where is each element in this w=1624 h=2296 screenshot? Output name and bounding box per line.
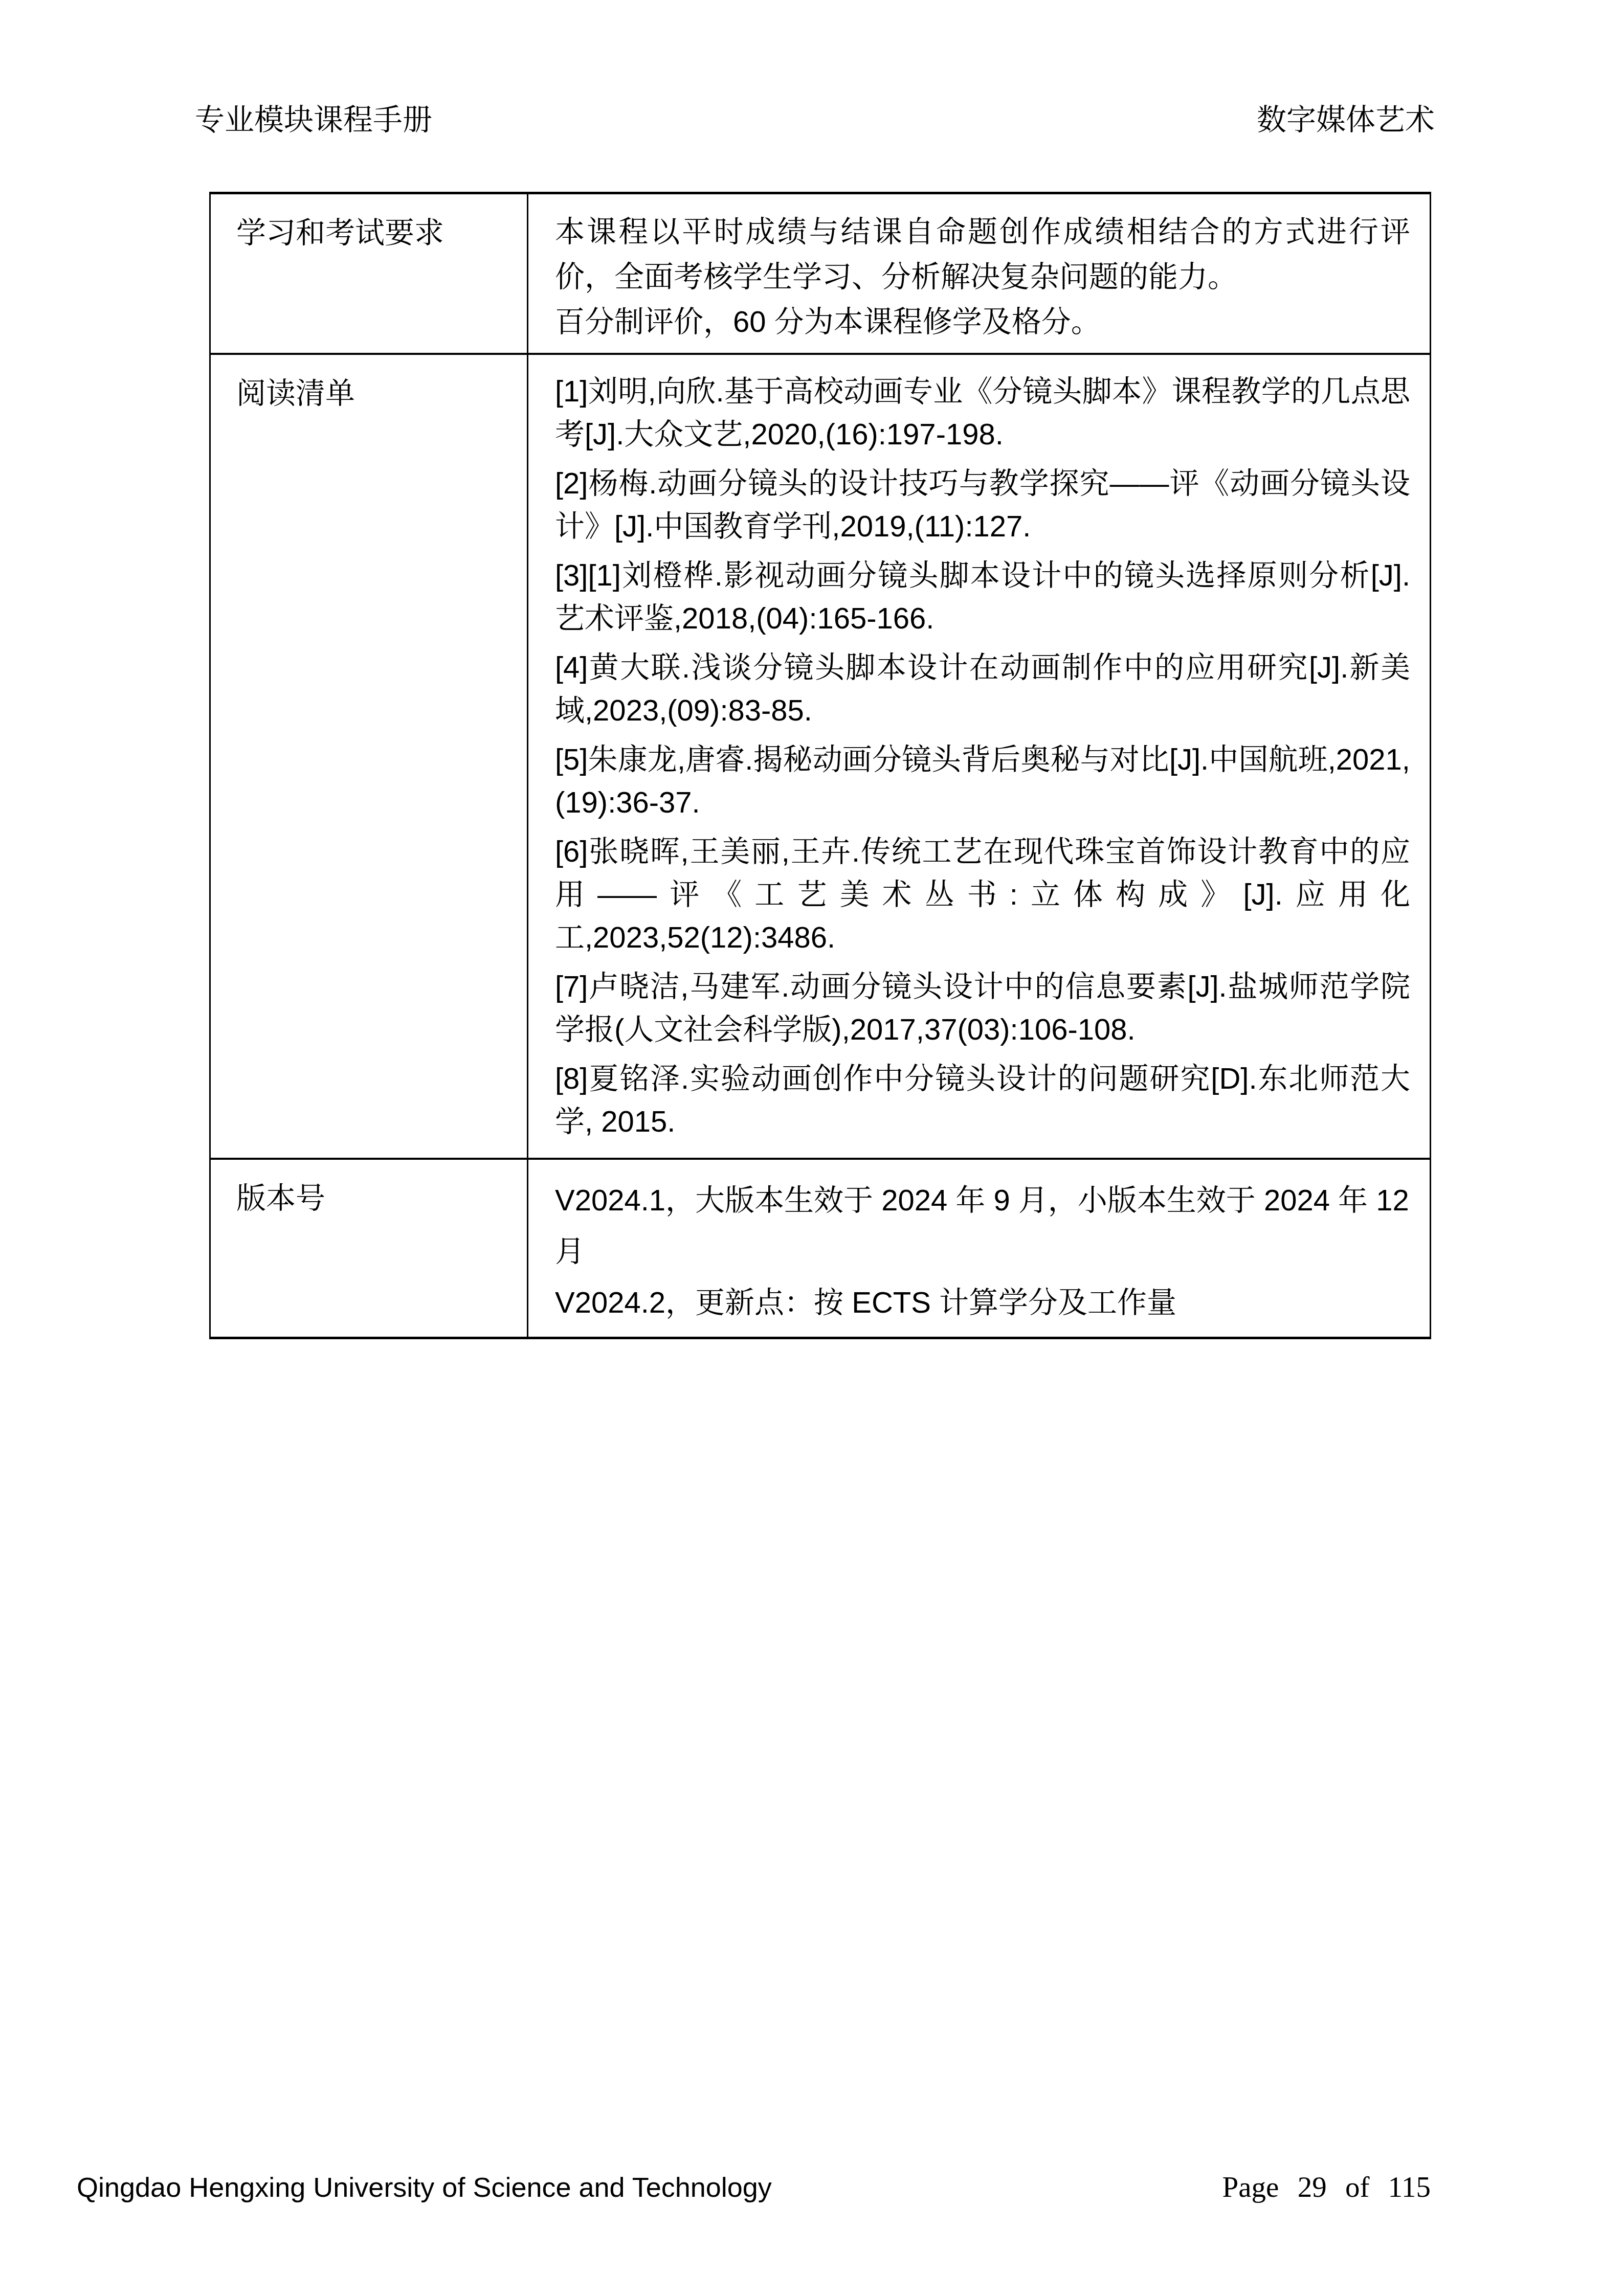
- row-content-cell: 本课程以平时成绩与结课自命题创作成绩相结合的方式进行评价，全面考核学生学习、分析…: [528, 194, 1430, 353]
- header-document-title: 专业模块课程手册: [195, 102, 432, 138]
- cell-paragraph: 本课程以平时成绩与结课自命题创作成绩相结合的方式进行评价，全面考核学生学习、分析…: [555, 210, 1410, 300]
- header-program-name: 数字媒体艺术: [1257, 102, 1435, 138]
- table-row: 版本号V2024.1，大版本生效于 2024 年 9 月，小版本生效于 2024…: [211, 1160, 1430, 1337]
- cell-paragraph: [4]黄大联.浅谈分镜头脚本设计在动画制作中的应用研究[J].新美域,2023,…: [555, 646, 1410, 732]
- row-content-cell: [1]刘明,向欣.基于高校动画专业《分镜头脚本》课程教学的几点思考[J].大众文…: [528, 355, 1430, 1158]
- cell-paragraph: V2024.1，大版本生效于 2024 年 9 月，小版本生效于 2024 年 …: [555, 1175, 1410, 1277]
- cell-paragraph: V2024.2，更新点：按 ECTS 计算学分及工作量: [555, 1277, 1410, 1329]
- course-info-table: 学习和考试要求本课程以平时成绩与结课自命题创作成绩相结合的方式进行评价，全面考核…: [209, 192, 1431, 1339]
- cell-paragraph: [5]朱康龙,唐睿.揭秘动画分镜头背后奥秘与对比[J].中国航班,2021,(1…: [555, 738, 1410, 824]
- table-row: 阅读清单[1]刘明,向欣.基于高校动画专业《分镜头脚本》课程教学的几点思考[J]…: [211, 355, 1430, 1160]
- cell-paragraph: [3][1]刘橙桦.影视动画分镜头脚本设计中的镜头选择原则分析[J].艺术评鉴,…: [555, 554, 1410, 640]
- table-row: 学习和考试要求本课程以平时成绩与结课自命题创作成绩相结合的方式进行评价，全面考核…: [211, 194, 1430, 355]
- footer-university-name: Qingdao Hengxing University of Science a…: [77, 2171, 772, 2204]
- row-label-cell: 阅读清单: [211, 355, 528, 1158]
- cell-paragraph: [8]夏铭泽.实验动画创作中分镜头设计的问题研究[D].东北师范大学, 2015…: [555, 1057, 1410, 1143]
- row-content-cell: V2024.1，大版本生效于 2024 年 9 月，小版本生效于 2024 年 …: [528, 1160, 1430, 1337]
- row-label-cell: 学习和考试要求: [211, 194, 528, 353]
- cell-paragraph: [1]刘明,向欣.基于高校动画专业《分镜头脚本》课程教学的几点思考[J].大众文…: [555, 370, 1410, 456]
- cell-paragraph: [2]杨梅.动画分镜头的设计技巧与教学探究——评《动画分镜头设计》[J].中国教…: [555, 462, 1410, 548]
- row-label-cell: 版本号: [211, 1160, 528, 1337]
- cell-paragraph: [7]卢晓洁,马建军.动画分镜头设计中的信息要素[J].盐城师范学院学报(人文社…: [555, 965, 1410, 1051]
- cell-paragraph: 百分制评价，60 分为本课程修学及格分。: [555, 300, 1410, 345]
- cell-paragraph: [6]张晓晖,王美丽,王卉.传统工艺在现代珠宝首饰设计教育中的应用——评《工艺美…: [555, 830, 1410, 959]
- footer-page-number: Page 29 of 115: [1222, 2170, 1431, 2205]
